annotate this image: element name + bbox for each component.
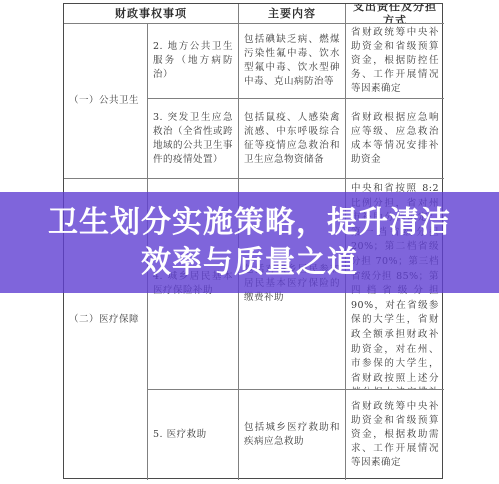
table-row-content-5: 包括城乡医疗救助和疾病应急救助 [239, 390, 346, 480]
group-medical-security-label: （二）医疗保障 [69, 313, 142, 327]
column-header-responsibility-label: 支出责任及分担方式 [351, 4, 439, 24]
column-header-content: 主要内容 [239, 4, 346, 24]
table-row-content-2: 包括碘缺乏病、燃煤污染性氟中毒、饮水型氟中毒、饮水型砷中毒、克山病防治等 [239, 24, 346, 99]
document-page: 财政事权事项 主要内容 支出责任及分担方式 （一）公共卫生 （二）医疗保障 2.… [0, 0, 499, 484]
table-row-responsibility-2: 省财政统筹中央补助资金和省级预算资金，根据防控任务、工作开展情况等因素确定 [346, 24, 444, 99]
row-2-item-text: 2. 地方公共卫生服务（地方病防治） [153, 40, 233, 82]
row-5-responsibility-text: 省财政统筹中央补助资金和省级预算资金，根据救助需求、工作开展情况等因素确定 [351, 400, 439, 470]
table-row-item-2: 2. 地方公共卫生服务（地方病防治） [148, 24, 239, 99]
group-public-health-cell: （一）公共卫生 [64, 24, 148, 179]
table-row-responsibility-3: 省财政根据应急响应等级、应急救治成本等情况安排补助资金 [346, 99, 444, 179]
row-5-item-text: 5. 医疗救助 [153, 428, 233, 442]
column-header-items-label: 财政事权事项 [69, 7, 233, 21]
group-public-health-label: （一）公共卫生 [69, 94, 142, 108]
column-header-content-label: 主要内容 [244, 7, 340, 21]
banner-title-line2: 效率与质量之道 [141, 243, 358, 283]
row-2-content-text: 包括碘缺乏病、燃煤污染性氟中毒、饮水型氟中毒、饮水型砷中毒、克山病防治等 [244, 33, 340, 89]
row-5-content-text: 包括城乡医疗救助和疾病应急救助 [244, 421, 340, 449]
column-header-responsibility: 支出责任及分担方式 [346, 4, 444, 24]
table-row-item-5: 5. 医疗救助 [148, 390, 239, 480]
row-2-responsibility-text: 省财政统筹中央补助资金和省级预算资金，根据防控任务、工作开展情况等因素确定 [351, 26, 439, 96]
row-3-item-text: 3. 突发卫生应急救治（全省性或跨地域的公共卫生事件的疫情处置） [153, 111, 233, 167]
title-banner-overlay: 卫生划分实施策略，提升清洁 效率与质量之道 [0, 192, 499, 293]
table-row-item-3: 3. 突发卫生应急救治（全省性或跨地域的公共卫生事件的疫情处置） [148, 99, 239, 179]
table-row-responsibility-5: 省财政统筹中央补助资金和省级预算资金，根据救助需求、工作开展情况等因素确定 [346, 390, 444, 480]
row-3-content-text: 包括鼠疫、人感染禽流感、中东呼吸综合征等疫情应急救治和卫生应急物资储备 [244, 111, 340, 167]
table-row-content-3: 包括鼠疫、人感染禽流感、中东呼吸综合征等疫情应急救治和卫生应急物资储备 [239, 99, 346, 179]
row-3-responsibility-text: 省财政根据应急响应等级、应急救治成本等情况安排补助资金 [351, 111, 439, 167]
column-header-items: 财政事权事项 [64, 4, 239, 24]
banner-title-line1: 卫生划分实施策略，提升清洁 [48, 203, 451, 243]
